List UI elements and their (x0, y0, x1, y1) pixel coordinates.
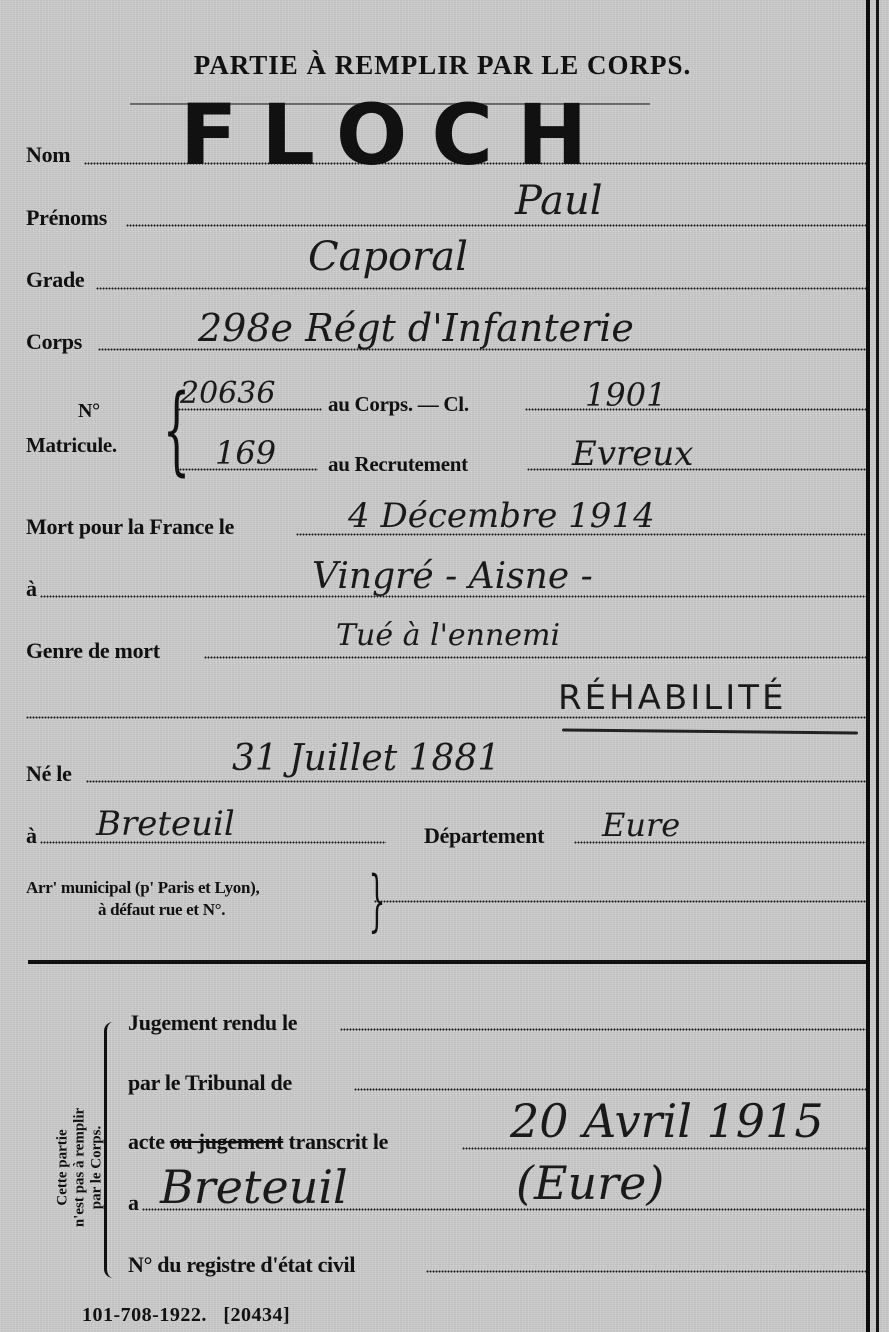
departement-label: Département (424, 823, 544, 849)
side-note-line1: Cette partie (55, 1058, 72, 1278)
death-record-card: PARTIE À REMPLIR PAR LE CORPS. Nom FLOCH… (0, 0, 889, 1332)
rehabilite-annotation: RÉHABILITÉ (558, 678, 787, 718)
lower-section-brace (104, 1022, 113, 1278)
matricule-recrutement-label: au Recrutement (328, 452, 468, 477)
ne-a-value: Breteuil (96, 804, 235, 844)
transcrit-a-department: (Eure) (516, 1156, 664, 1210)
prenoms-value: Paul (515, 178, 603, 224)
form-header: PARTIE À REMPLIR PAR LE CORPS. (0, 50, 889, 81)
mort-a-label: à (26, 576, 37, 602)
ne-le-value: 31 Juillet 1881 (232, 738, 500, 779)
matricule-corps-number: 20636 (180, 376, 275, 411)
nom-value: FLOCH (180, 86, 611, 184)
ne-a-label: à (26, 823, 37, 849)
corps-value: 298e Régt d'Infanterie (198, 306, 634, 350)
card-border (866, 0, 870, 1332)
classe-value: 1901 (585, 376, 666, 414)
header-text: PARTIE À REMPLIR PAR LE CORPS. (194, 50, 692, 80)
classe-field-line[interactable] (525, 408, 866, 411)
jugement-rendu-label: Jugement rendu le (128, 1010, 297, 1036)
matricule-recrutement-number: 169 (215, 434, 276, 472)
prenoms-field-line[interactable] (126, 224, 866, 227)
tribunal-field-line[interactable] (354, 1088, 866, 1091)
mort-le-value: 4 Décembre 1914 (348, 496, 655, 536)
grade-field-line[interactable] (96, 287, 866, 290)
tribunal-label: par le Tribunal de (128, 1070, 292, 1096)
arrondissement-field-line[interactable] (374, 900, 866, 903)
side-note-line3: par le Corps. (89, 1058, 106, 1278)
side-note: Cette partie n'est pas à remplir par le … (55, 1058, 106, 1278)
mort-a-value: Vingré - Aisne - (312, 556, 593, 597)
genre-de-mort-value: Tué à l'ennemi (336, 618, 560, 653)
corps-label: Corps (26, 329, 82, 355)
transcrit-label-prefix: acte (128, 1129, 170, 1154)
grade-value: Caporal (308, 234, 468, 280)
transcrit-a-value: Breteuil (160, 1160, 348, 1214)
matricule-label-line2: Matricule. (26, 433, 117, 458)
transcrit-label-suffix: transcrit le (283, 1129, 388, 1154)
card-border (876, 0, 879, 1332)
transcrit-label: acte ou jugement transcrit le (128, 1129, 388, 1155)
nom-label: Nom (26, 142, 70, 168)
arrondissement-label-line2: à défaut rue et N°. (98, 900, 225, 920)
form-reference: 101-708-1922. [20434] (82, 1304, 290, 1327)
grade-label: Grade (26, 267, 84, 293)
registre-label: N° du registre d'état civil (128, 1252, 355, 1278)
transcrit-value: 20 Avril 1915 (510, 1094, 824, 1148)
mort-le-label: Mort pour la France le (26, 514, 234, 540)
recrutement-place-value: Evreux (572, 434, 693, 474)
transcrit-label-struck: ou jugement (170, 1129, 283, 1154)
side-note-line2: n'est pas à remplir (72, 1058, 89, 1278)
ne-le-label: Né le (26, 761, 72, 787)
genre-de-mort-label: Genre de mort (26, 638, 160, 664)
matricule-corps-label: au Corps. — Cl. (328, 392, 469, 417)
jugement-rendu-field-line[interactable] (340, 1028, 866, 1031)
transcrit-a-label: a (128, 1190, 139, 1216)
prenoms-label: Prénoms (26, 205, 107, 231)
registre-field-line[interactable] (426, 1270, 866, 1273)
departement-value: Eure (602, 806, 680, 844)
arrondissement-label-line1: Arr' municipal (p' Paris et Lyon), (26, 878, 259, 898)
ne-le-field-line[interactable] (86, 780, 866, 783)
annotation-underline (562, 728, 858, 734)
section-divider (28, 960, 866, 964)
genre-de-mort-field-line[interactable] (204, 656, 866, 659)
matricule-label-line1: N° (78, 400, 100, 423)
